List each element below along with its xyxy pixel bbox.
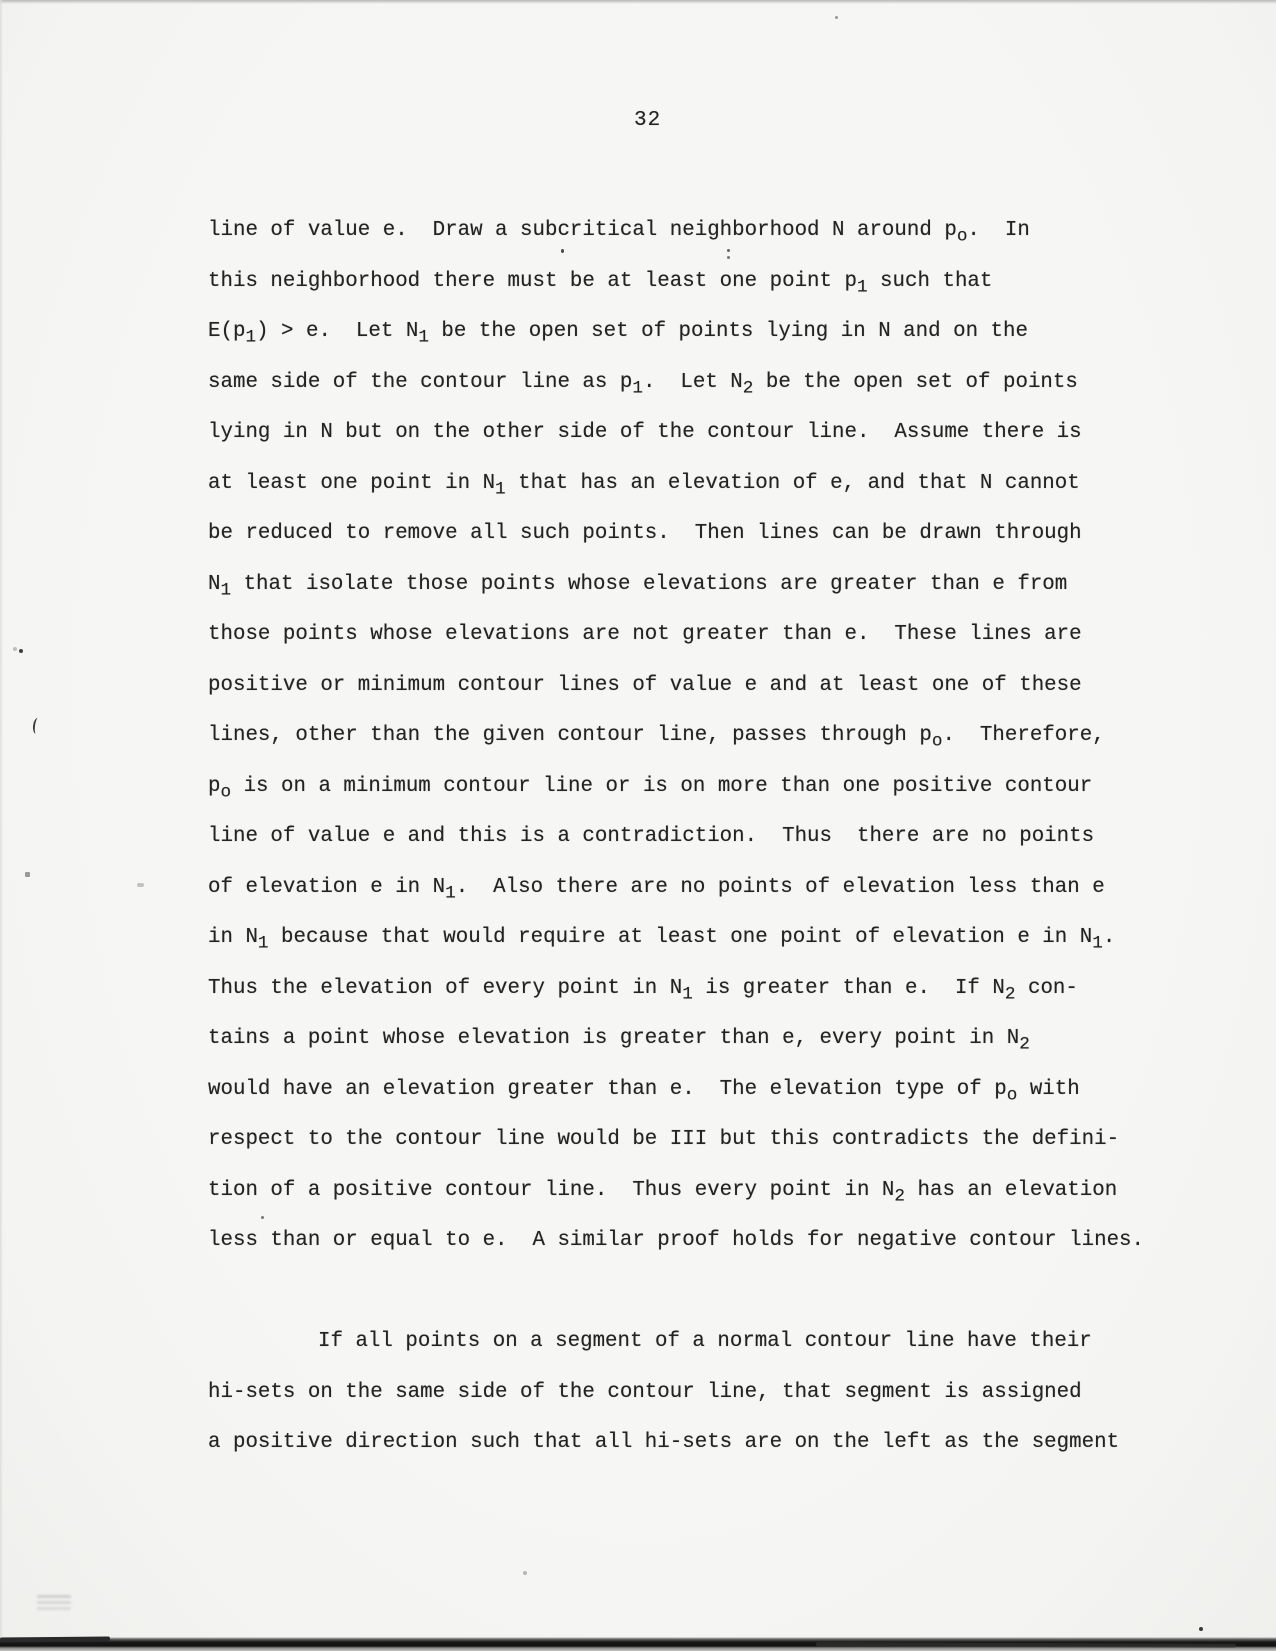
text-line: lying in N but on the other side of the … <box>208 408 1138 459</box>
text-line: would have an elevation greater than e. … <box>208 1065 1138 1116</box>
scan-speck <box>25 872 30 877</box>
text-line: tion of a positive contour line. Thus ev… <box>208 1166 1138 1217</box>
text-line: N1 that isolate those points whose eleva… <box>208 560 1138 611</box>
text-line: same side of the contour line as p1. Let… <box>208 358 1138 409</box>
scan-left-edge <box>0 0 3 1651</box>
text-line: this neighborhood there must be at least… <box>208 257 1138 308</box>
page-body: line of value e. Draw a subcritical neig… <box>208 206 1138 1469</box>
text-line: E(p1) > e. Let N1 be the open set of poi… <box>208 307 1138 358</box>
text-line: at least one point in N1 that has an ele… <box>208 459 1138 510</box>
scan-speck <box>835 16 838 19</box>
text-line: line of value e. Draw a subcritical neig… <box>208 206 1138 257</box>
text-line: respect to the contour line would be III… <box>208 1115 1138 1166</box>
text-line: in N1 because that would require at leas… <box>208 913 1138 964</box>
scan-speck <box>261 1216 264 1219</box>
scan-speck <box>19 649 23 653</box>
text-line: Thus the elevation of every point in N1 … <box>208 964 1138 1015</box>
scan-speck <box>1199 1627 1203 1631</box>
text-line: line of value e and this is a contradict… <box>208 812 1138 863</box>
text-line: tains a point whose elevation is greater… <box>208 1014 1138 1065</box>
text-line: less than or equal to e. A similar proof… <box>208 1216 1138 1267</box>
text-line: positive or minimum contour lines of val… <box>208 661 1138 712</box>
text-line: po is on a minimum contour line or is on… <box>208 762 1138 813</box>
text-line: be reduced to remove all such points. Th… <box>208 509 1138 560</box>
text-line: lines, other than the given contour line… <box>208 711 1138 762</box>
scanned-page: 32 line of value e. Draw a subcritical n… <box>0 0 1276 1651</box>
scan-top-edge <box>0 0 1276 4</box>
text-line: a positive direction such that all hi-se… <box>208 1418 1138 1469</box>
scan-speck <box>137 883 144 887</box>
scan-speck <box>561 249 564 253</box>
scan-bottom-edge <box>0 1635 1276 1651</box>
paragraph: If all points on a segment of a normal c… <box>208 1317 1138 1469</box>
text-line: hi-sets on the same side of the contour … <box>208 1368 1138 1419</box>
scan-speck <box>523 1571 527 1575</box>
margin-pen-mark <box>32 718 42 735</box>
scan-speck <box>727 249 730 252</box>
text-line: If all points on a segment of a normal c… <box>208 1317 1138 1368</box>
corner-smudge <box>37 1595 71 1610</box>
text-line: of elevation e in N1. Also there are no … <box>208 863 1138 914</box>
text-line: those points whose elevations are not gr… <box>208 610 1138 661</box>
page-number: 32 <box>634 108 661 133</box>
paragraph: line of value e. Draw a subcritical neig… <box>208 206 1138 1267</box>
